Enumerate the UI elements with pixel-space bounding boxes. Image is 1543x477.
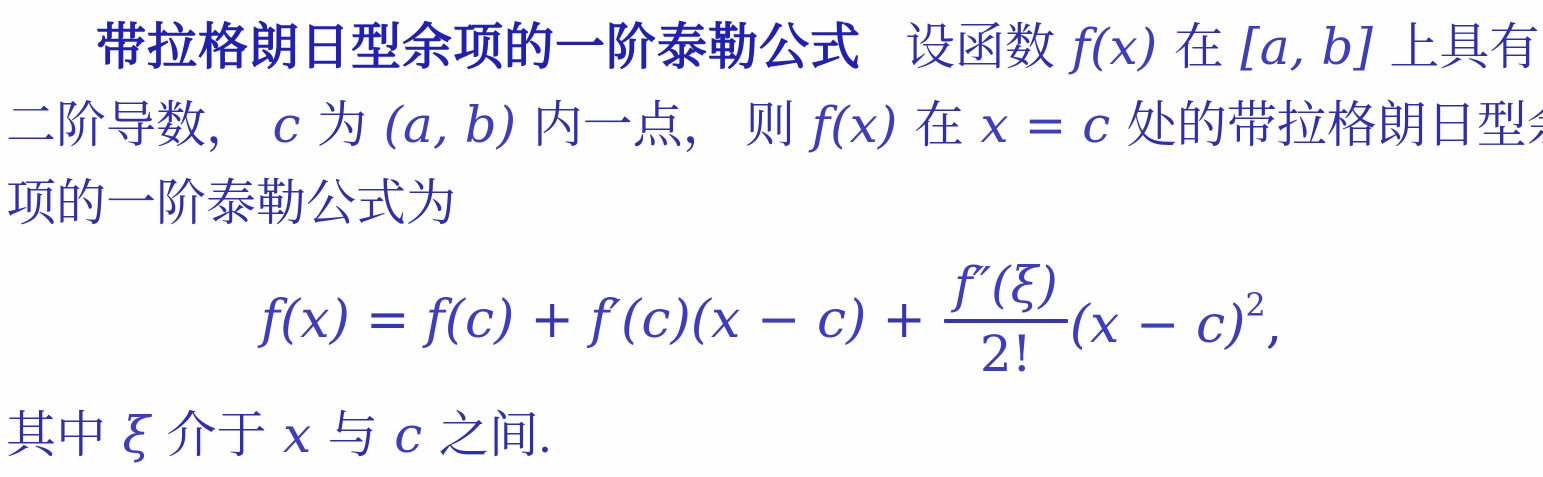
body-text: 处的带拉格朗日型余 xyxy=(1114,97,1543,153)
plus-sign-2: + xyxy=(882,294,926,346)
inline-math: c xyxy=(390,406,426,464)
body-text: 其中 xyxy=(6,407,119,463)
body-text: 设函数 xyxy=(905,19,1068,75)
fraction-denominator: 2! xyxy=(980,323,1032,382)
formula-term3: (x − c) xyxy=(1070,295,1246,355)
formula-term2: f′(c)(x − c) xyxy=(590,294,866,346)
inline-math: f(x) xyxy=(808,96,902,154)
paragraph-line-4: 其中 ξ 介于 x 与 c 之间. xyxy=(0,396,1543,474)
body-text: 在 xyxy=(1161,19,1236,75)
body-text: 为 xyxy=(305,97,380,153)
body-text: 内一点， 则 xyxy=(520,97,808,153)
fraction: f″(ξ) 2! xyxy=(944,258,1068,382)
theorem-title: 带拉格朗日型余项的一阶泰勒公式 xyxy=(96,19,861,75)
body-text: 上具有 xyxy=(1377,19,1540,75)
equals-sign: = xyxy=(366,294,410,346)
inline-math: x xyxy=(279,406,315,464)
taylor-formula: f(x) = f(c) + f′(c)(x − c) + f″(ξ) 2! (x… xyxy=(0,244,1543,396)
paragraph-line-3: 项的一阶泰勒公式为 xyxy=(0,164,1543,242)
theorem-slide: 带拉格朗日型余项的一阶泰勒公式设函数 f(x) 在 [a, b] 上具有 二阶导… xyxy=(0,0,1543,477)
paragraph-line-1: 带拉格朗日型余项的一阶泰勒公式设函数 f(x) 在 [a, b] 上具有 xyxy=(0,8,1543,86)
body-text: 之间. xyxy=(426,407,551,463)
formula-lhs: f(x) xyxy=(261,294,350,346)
body-text: 二阶导数， xyxy=(6,97,269,153)
inline-math: x = c xyxy=(976,96,1114,154)
formula-term3-group: (x − c)2, xyxy=(1070,289,1283,351)
inline-math: (a, b) xyxy=(380,96,521,154)
formula-comma: , xyxy=(1266,295,1283,355)
formula-exponent: 2 xyxy=(1245,286,1265,324)
body-text: 介于 xyxy=(154,407,279,463)
body-text: 项的一阶泰勒公式为 xyxy=(6,175,456,231)
fraction-numerator: f″(ξ) xyxy=(944,258,1068,319)
theorem-content: 带拉格朗日型余项的一阶泰勒公式设函数 f(x) 在 [a, b] 上具有 二阶导… xyxy=(0,0,1543,474)
body-text: 与 xyxy=(315,407,390,463)
inline-math: f(x) xyxy=(1068,18,1162,76)
inline-math: ξ xyxy=(119,406,155,464)
paragraph-line-2: 二阶导数， c 为 (a, b) 内一点， 则 f(x) 在 x = c 处的带… xyxy=(0,86,1543,164)
body-text: 在 xyxy=(901,97,976,153)
plus-sign-1: + xyxy=(530,294,574,346)
inline-math: c xyxy=(269,96,305,154)
inline-math: [a, b] xyxy=(1236,18,1377,76)
formula-term1: f(c) xyxy=(425,294,514,346)
